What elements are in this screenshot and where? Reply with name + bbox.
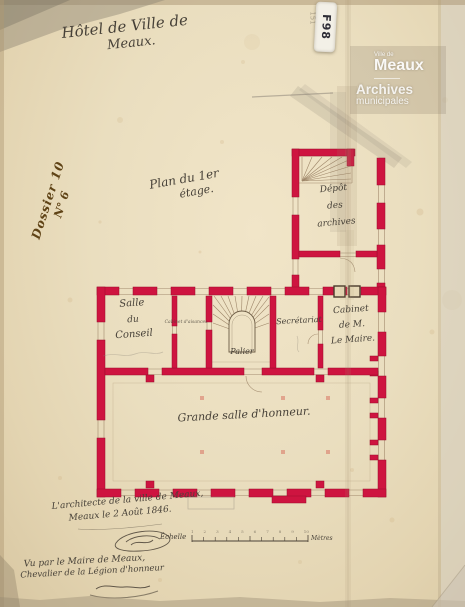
room-label-palier: Palier [222, 347, 262, 357]
depot-line2: des [312, 199, 359, 214]
scanned-plan-document: Hôtel de Ville de Meaux. Plan du 1er éta… [0, 0, 465, 607]
watermark-archives: Archives [356, 83, 446, 97]
room-label-aisances: Cabinet d'aisances [164, 320, 208, 326]
scale-unit-text: Mètres [311, 535, 333, 542]
aisances-text: Cabinet d'aisances [165, 320, 208, 325]
scale-numbers: 12 34 56 78 910 [191, 529, 309, 534]
entrance-porch [272, 496, 306, 503]
scale-label: Échelle [160, 533, 186, 542]
room-label-maire: Cabinet de M. Le Maire. [325, 303, 380, 347]
scale-label-text: Échelle [160, 533, 186, 541]
archive-sticker: F98 [314, 1, 338, 52]
secretariat-door-arc [308, 334, 318, 344]
room-label-conseil: Salle du Conseil [103, 296, 164, 343]
hall-center-door-arc [246, 376, 262, 392]
maire-line2: de M. [326, 318, 379, 333]
watermark-divider [374, 78, 400, 79]
sticker-code: F98 [318, 14, 332, 40]
secretariat-text: Secrétariat [276, 315, 322, 326]
scale-bar [192, 535, 308, 542]
architect-signature [78, 524, 170, 551]
archives-watermark: Ville de Meaux Archives municipales [350, 46, 446, 114]
maire-line1: Cabinet [325, 303, 378, 318]
watermark-meaux: Meaux [374, 58, 446, 75]
scale-unit: Mètres [311, 535, 333, 543]
conseil-line2: du [104, 312, 163, 327]
palier-text: Palier [230, 347, 253, 356]
mayor-signature [90, 586, 158, 598]
watermark-municipales: municipales [356, 96, 446, 107]
room-label-depot: Dépôt des archives [310, 182, 360, 231]
conseil-line1: Salle [103, 296, 162, 313]
